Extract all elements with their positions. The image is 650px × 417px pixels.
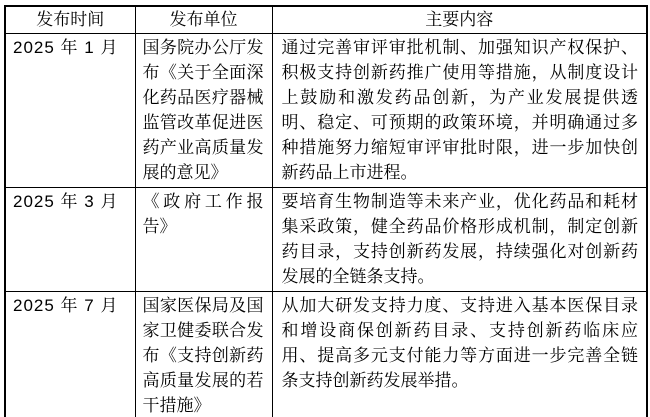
column-header-time: 发布时间	[5, 6, 135, 34]
cell-time: 2025 年 3 月	[5, 188, 135, 292]
column-header-unit: 发布单位	[135, 6, 272, 34]
cell-time: 2025 年 7 月	[5, 292, 135, 417]
cell-unit: 国家医保局及国家卫健委联合发布《支持创新药高质量发展的若干措施》	[135, 292, 272, 417]
cell-time: 2025 年 1 月	[5, 34, 135, 188]
table-row: 2025 年 3 月 《政府工作报告》 要培育生物制造等未来产业，优化药品和耗材…	[5, 188, 647, 292]
header-row: 发布时间 发布单位 主要内容	[5, 6, 647, 34]
cell-content: 从加大研发支持力度、支持进入基本医保目录和增设商保创新药目录、支持创新药临床应用…	[272, 292, 647, 417]
cell-content: 要培育生物制造等未来产业，优化药品和耗材集采政策，健全药品价格形成机制，制定创新…	[272, 188, 647, 292]
cell-unit: 《政府工作报告》	[135, 188, 272, 292]
cell-unit: 国务院办公厅发布《关于全面深化药品医疗器械监管改革促进医药产业高质量发展的意见》	[135, 34, 272, 188]
table-row: 2025 年 7 月 国家医保局及国家卫健委联合发布《支持创新药高质量发展的若干…	[5, 292, 647, 417]
cell-content: 通过完善审评审批机制、加强知识产权保护、积极支持创新药推广使用等措施，从制度设计…	[272, 34, 647, 188]
table-row: 2025 年 1 月 国务院办公厅发布《关于全面深化药品医疗器械监管改革促进医药…	[5, 34, 647, 188]
policy-table: 发布时间 发布单位 主要内容 2025 年 1 月 国务院办公厅发布《关于全面深…	[4, 5, 648, 417]
column-header-content: 主要内容	[272, 6, 647, 34]
